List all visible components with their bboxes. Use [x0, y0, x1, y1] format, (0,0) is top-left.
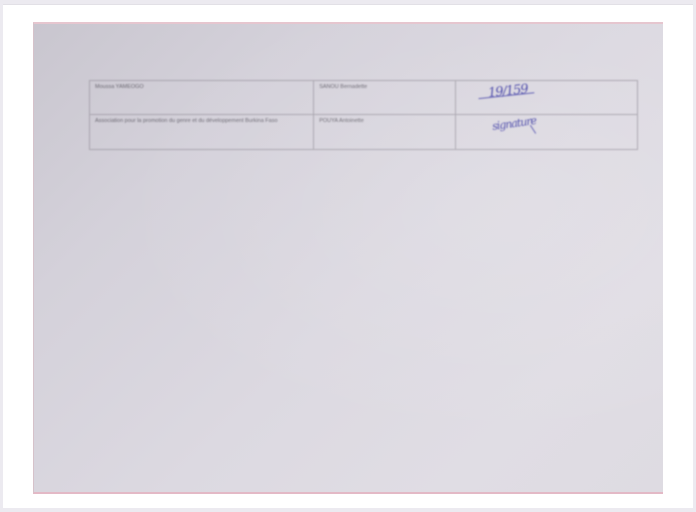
representative-text: SANOU Bernadette	[319, 84, 367, 90]
representative-text: POUYA Antoinette	[319, 118, 364, 124]
document-photo: Moussa YAMEOGO SANOU Bernadette 19/159 A…	[33, 22, 663, 494]
signature-table: Moussa YAMEOGO SANOU Bernadette 19/159 A…	[89, 80, 638, 150]
table-row: Association pour la promotion du genre e…	[90, 115, 638, 150]
handwritten-signature: signature	[491, 116, 536, 131]
handwritten-signature: 19/159	[487, 85, 527, 98]
organization-text: Association pour la promotion du genre e…	[95, 118, 278, 124]
organization-cell: Association pour la promotion du genre e…	[90, 115, 314, 150]
organization-text: Moussa YAMEOGO	[95, 84, 144, 90]
signature-cell: 19/159	[455, 81, 637, 115]
signature-cell: signature	[455, 115, 637, 150]
organization-cell: Moussa YAMEOGO	[90, 81, 314, 115]
representative-cell: POUYA Antoinette	[314, 115, 456, 150]
representative-cell: SANOU Bernadette	[314, 81, 456, 115]
table-row: Moussa YAMEOGO SANOU Bernadette 19/159	[90, 81, 638, 115]
